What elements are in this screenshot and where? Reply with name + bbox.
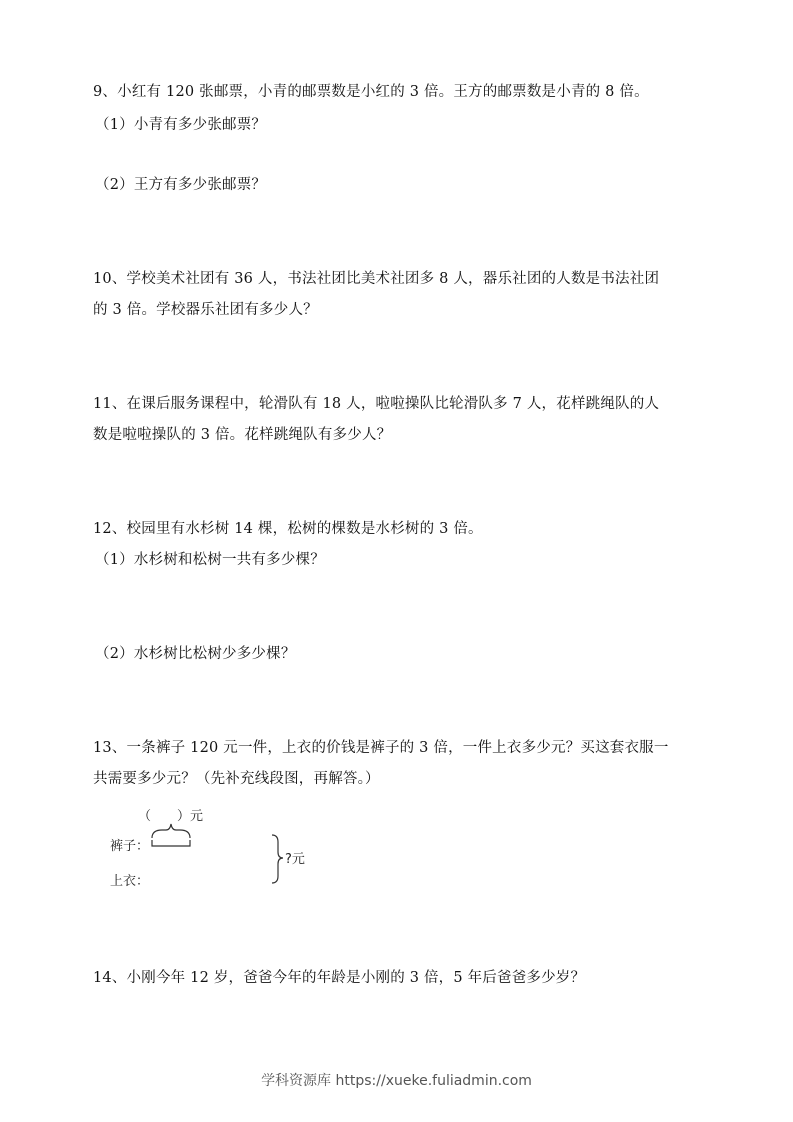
pants-segment xyxy=(152,840,190,846)
total-brace-icon xyxy=(272,835,283,883)
pants-brace-icon xyxy=(152,824,190,838)
footer-watermark: 学科资源库 https://xueke.fuliadmin.com xyxy=(0,1070,793,1090)
diagram-shapes xyxy=(0,0,793,1122)
question-14-stem: 14、小刚今年 12 岁，爸爸今年的年龄是小刚的 3 倍，5 年后爸爸多少岁？ xyxy=(93,968,585,988)
